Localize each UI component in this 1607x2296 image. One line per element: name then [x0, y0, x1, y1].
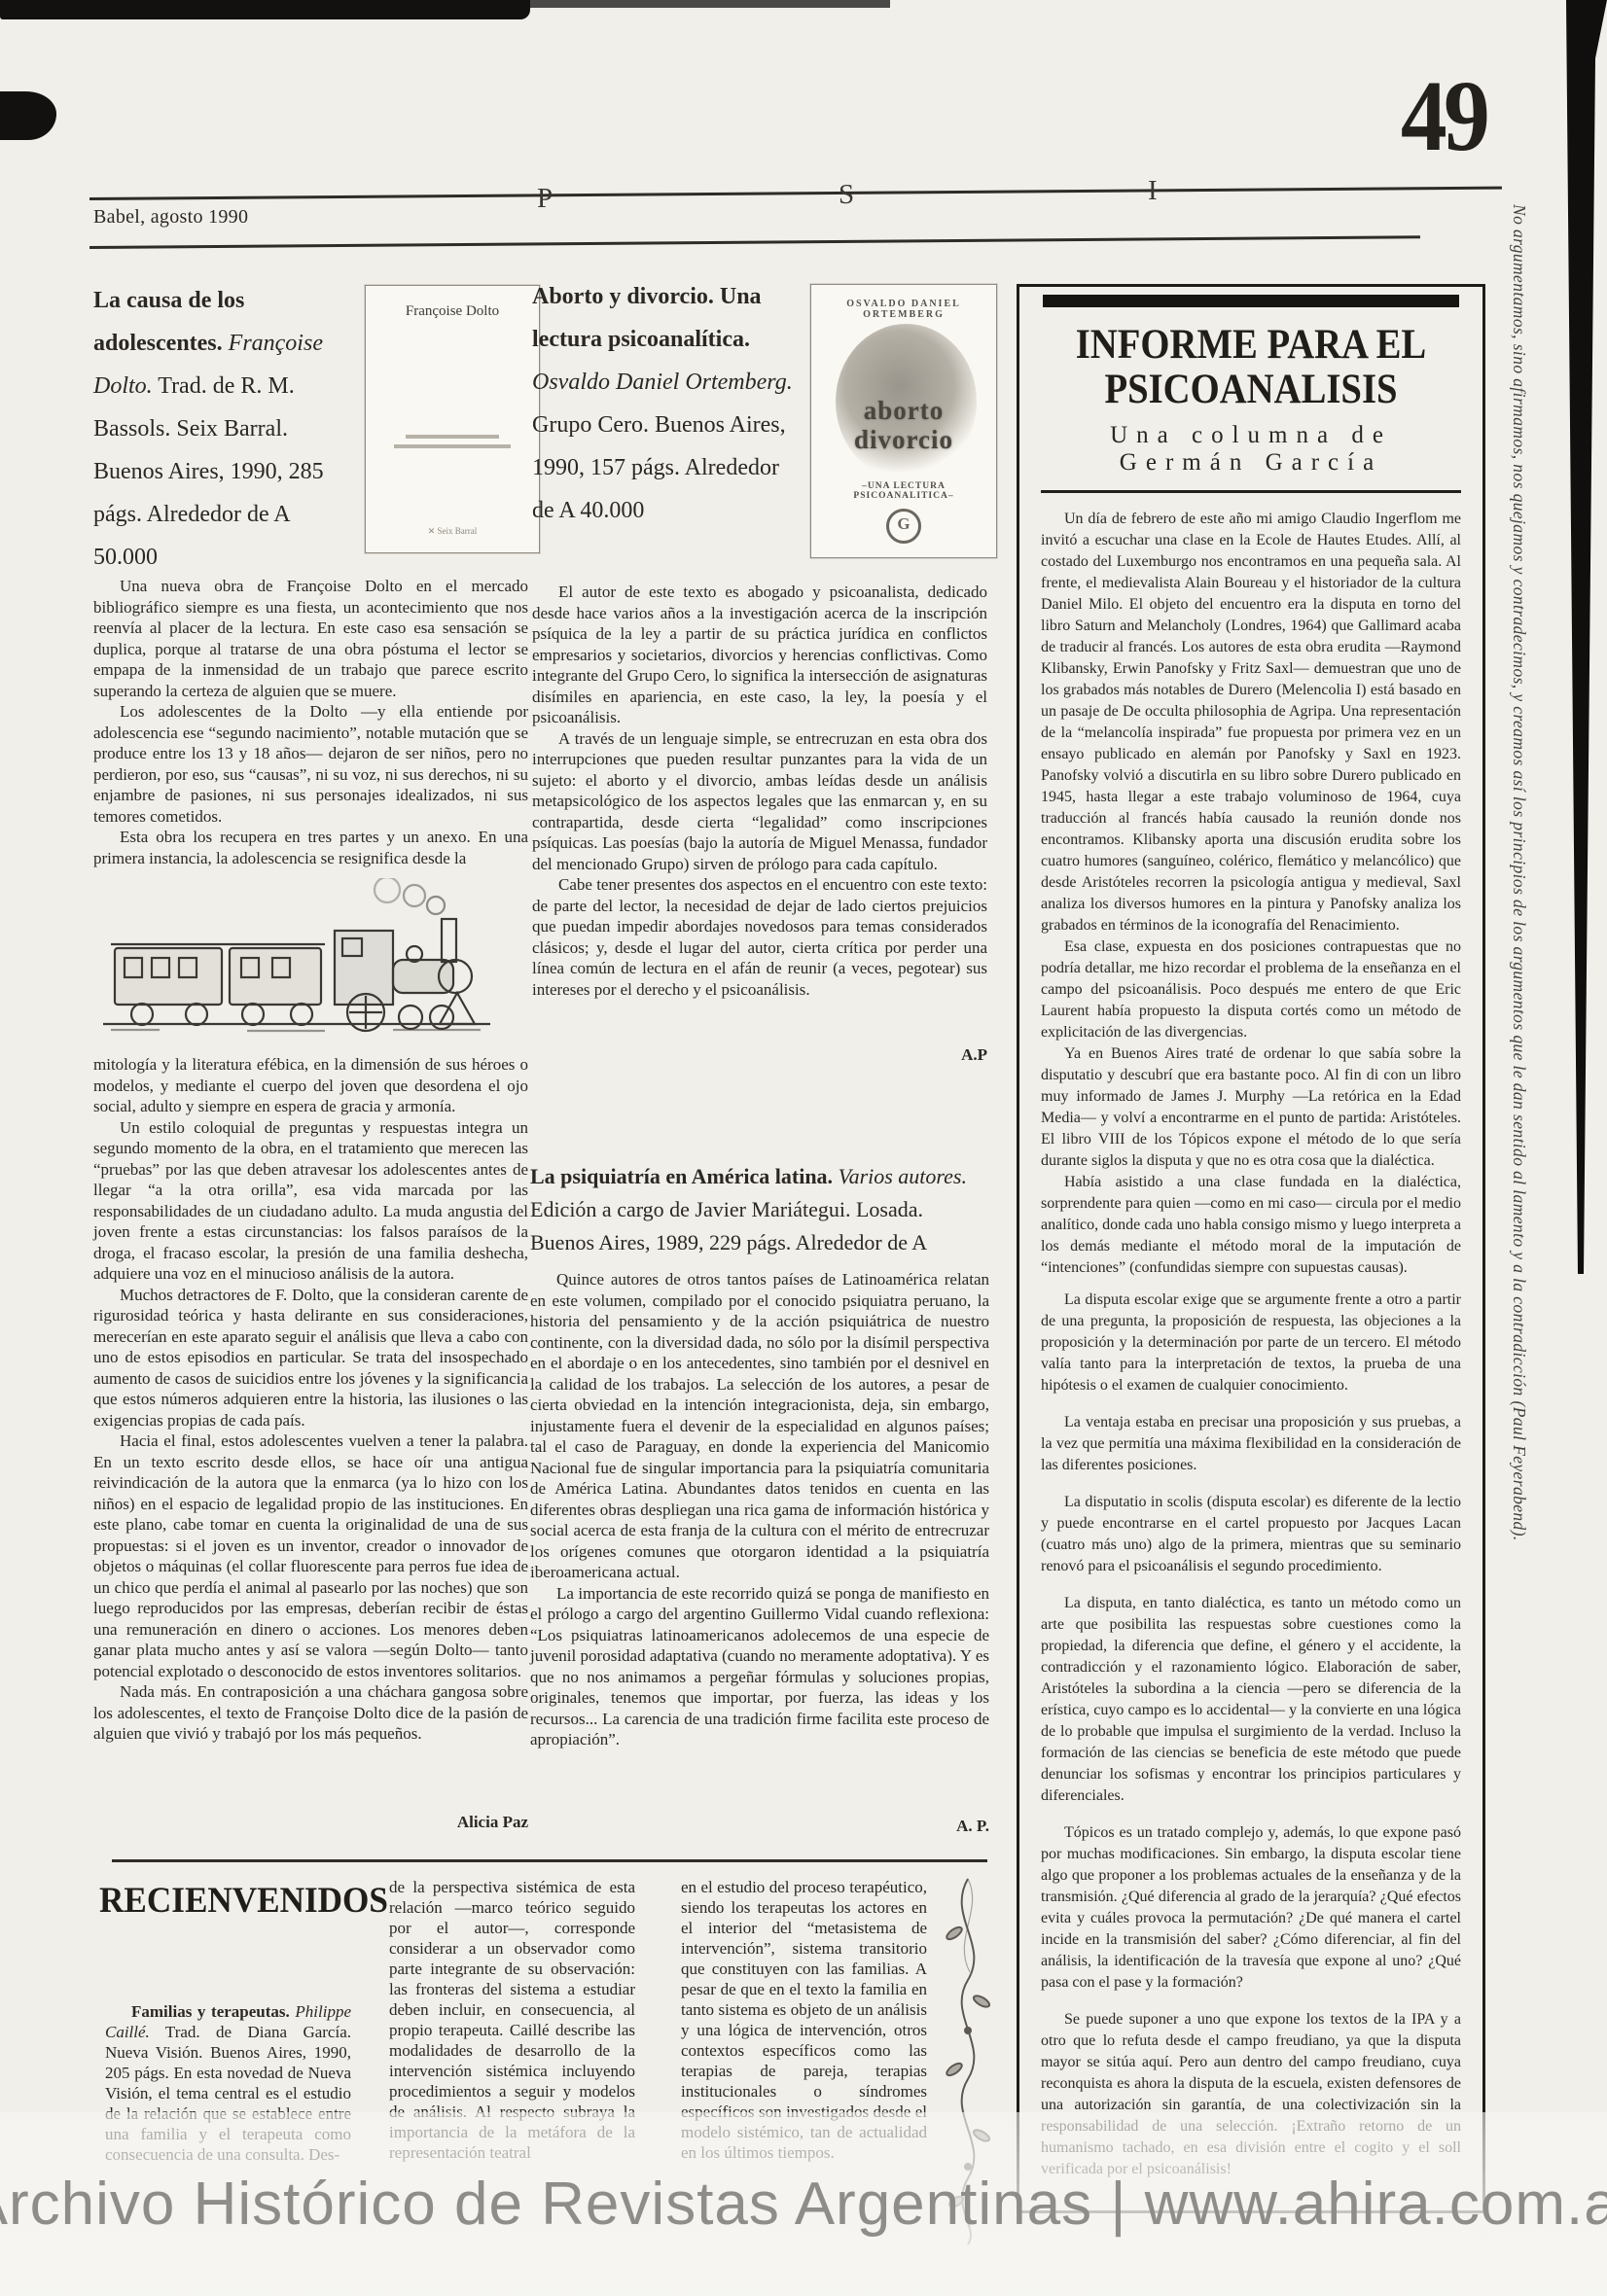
paragraph: La disputatio in scolis (disputa escolar…	[1041, 1492, 1461, 1577]
citation-title: La psiquiatría en América latina.	[530, 1164, 833, 1188]
paragraph: mitología y la literatura efébica, en la…	[93, 1054, 528, 1117]
paragraph: Había asistido a una clase fundada en la…	[1041, 1172, 1461, 1279]
section-divider-rule	[112, 1859, 987, 1862]
column-subtitle: Una columna de Germán García	[1041, 422, 1461, 477]
signature-alicia-paz: Alicia Paz	[93, 1813, 528, 1832]
paragraph: Ya en Buenos Aires traté de ordenar lo q…	[1041, 1043, 1461, 1172]
recienvenidos-title: RECIENVENIDOS	[99, 1880, 360, 1922]
section-letter-p: P	[537, 183, 553, 215]
paragraph: Un estilo coloquial de preguntas y respu…	[93, 1117, 528, 1285]
cover-title-line1: aborto	[811, 396, 996, 425]
citation-title: La causa de los adolescentes.	[93, 288, 244, 356]
train-illustration	[101, 878, 492, 1042]
citation-psiquiatria: La psiquiatría en América latina. Varios…	[530, 1160, 989, 1259]
column-title: INFORME PARA EL PSICOANALISIS	[1062, 323, 1441, 412]
cover-author: OSVALDO DANIEL ORTEMBERG	[811, 299, 996, 320]
psiquiatria-review-text: Quince autores de otros tantos países de…	[530, 1269, 989, 1750]
seix-barral-logo: ✕ Seix Barral	[366, 526, 539, 537]
header-rule-bottom	[89, 235, 1420, 249]
ortemberg-review-text: El autor de este texto es abogado y psic…	[532, 582, 987, 1000]
entry-title: Familias y terapeutas.	[131, 2002, 290, 2021]
cover-subtitle-line	[394, 444, 511, 448]
column-body: Un día de febrero de este año mi amigo C…	[1041, 509, 1461, 2180]
citation-dolto: La causa de los adolescentes. Françoise …	[93, 279, 354, 579]
paragraph: La importancia de este recorrido quizá s…	[530, 1583, 989, 1750]
scan-artifact-top-strip	[0, 0, 530, 19]
scan-artifact-left-blob	[0, 91, 56, 140]
paragraph: Un día de febrero de este año mi amigo C…	[1041, 509, 1461, 936]
cover-subtitle-line	[406, 435, 499, 439]
scan-artifact-right-wedge	[1554, 0, 1607, 1274]
citation-details: Grupo Cero. Buenos Aires, 1990, 157 págs…	[532, 412, 786, 523]
scan-artifact-top-strip-thin	[530, 0, 890, 8]
signature-a-p: A. P.	[530, 1817, 989, 1836]
paragraph: Hacia el final, estos adolescentes vuelv…	[93, 1431, 528, 1681]
cover-subtitle: –UNA LECTURA PSICOANALITICA–	[811, 481, 996, 501]
paragraph: Esa clase, expuesta en dos posiciones co…	[1041, 936, 1461, 1043]
signature-ap: A.P	[532, 1045, 987, 1065]
citation-ortemberg: Aborto y divorcio. Una lectura psicoanal…	[532, 275, 801, 532]
paragraph: La disputa, en tanto dialéctica, es tant…	[1041, 1593, 1461, 1807]
cover-author: Françoise Dolto	[366, 303, 539, 320]
informe-column-box: INFORME PARA EL PSICOANALISIS Una column…	[1017, 284, 1485, 2213]
paragraph: Tópicos es un tratado complejo y, además…	[1041, 1822, 1461, 1994]
paragraph: Muchos detractores de F. Dolto, que la c…	[93, 1285, 528, 1431]
journal-date: Babel, agosto 1990	[93, 206, 248, 229]
citation-details: Trad. de R. M. Bassols. Seix Barral. Bue…	[93, 373, 324, 570]
citation-details: Edición a cargo de Javier Mariátegui. Lo…	[530, 1197, 927, 1254]
paragraph: Esta obra los recupera en tres partes y …	[93, 827, 528, 868]
dolto-review-text-top: Una nueva obra de Françoise Dolto en el …	[93, 576, 528, 868]
paragraph: A través de un lenguaje simple, se entre…	[532, 728, 987, 875]
paragraph: Cabe tener presentes dos aspectos en el …	[532, 874, 987, 1000]
paragraph: Una nueva obra de Françoise Dolto en el …	[93, 576, 528, 701]
section-letter-s: S	[839, 179, 854, 211]
grupo-cero-logo: G	[886, 509, 921, 544]
archive-watermark-banner: Archivo Histórico de Revistas Argentinas…	[0, 2112, 1607, 2296]
book-cover-ortemberg: OSVALDO DANIEL ORTEMBERG aborto divorcio…	[810, 284, 997, 558]
citation-title: Aborto y divorcio. Una lectura psicoanal…	[532, 284, 762, 352]
citation-author: Varios autores.	[839, 1164, 967, 1188]
box-header-bar	[1043, 295, 1459, 307]
paragraph: Quince autores de otros tantos países de…	[530, 1269, 989, 1583]
header-rule-top	[89, 187, 1502, 200]
citation-author: Osvaldo Daniel Ortemberg.	[532, 370, 793, 395]
book-cover-dolto: Françoise Dolto ✕ Seix Barral	[365, 285, 540, 553]
column-rule	[1041, 490, 1461, 493]
cover-title-line2: divorcio	[811, 425, 996, 454]
paragraph: Nada más. En contraposición a una chácha…	[93, 1681, 528, 1745]
scanned-magazine-page: Babel, agosto 1990 P S I 49 La causa de …	[0, 0, 1607, 2296]
page-number: 49	[1401, 66, 1486, 167]
paragraph: El autor de este texto es abogado y psic…	[532, 582, 987, 728]
dolto-review-text-bottom: mitología y la literatura efébica, en la…	[93, 1054, 528, 1745]
paragraph: Los adolescentes de la Dolto —y ella ent…	[93, 701, 528, 827]
paragraph: La ventaja estaba en precisar una propos…	[1041, 1412, 1461, 1476]
margin-quote-feyerabend: No argumentamos, sino afirmamos, nos que…	[1494, 204, 1529, 2110]
section-letter-i: I	[1148, 175, 1158, 207]
paragraph: La disputa escolar exige que se argument…	[1041, 1289, 1461, 1396]
